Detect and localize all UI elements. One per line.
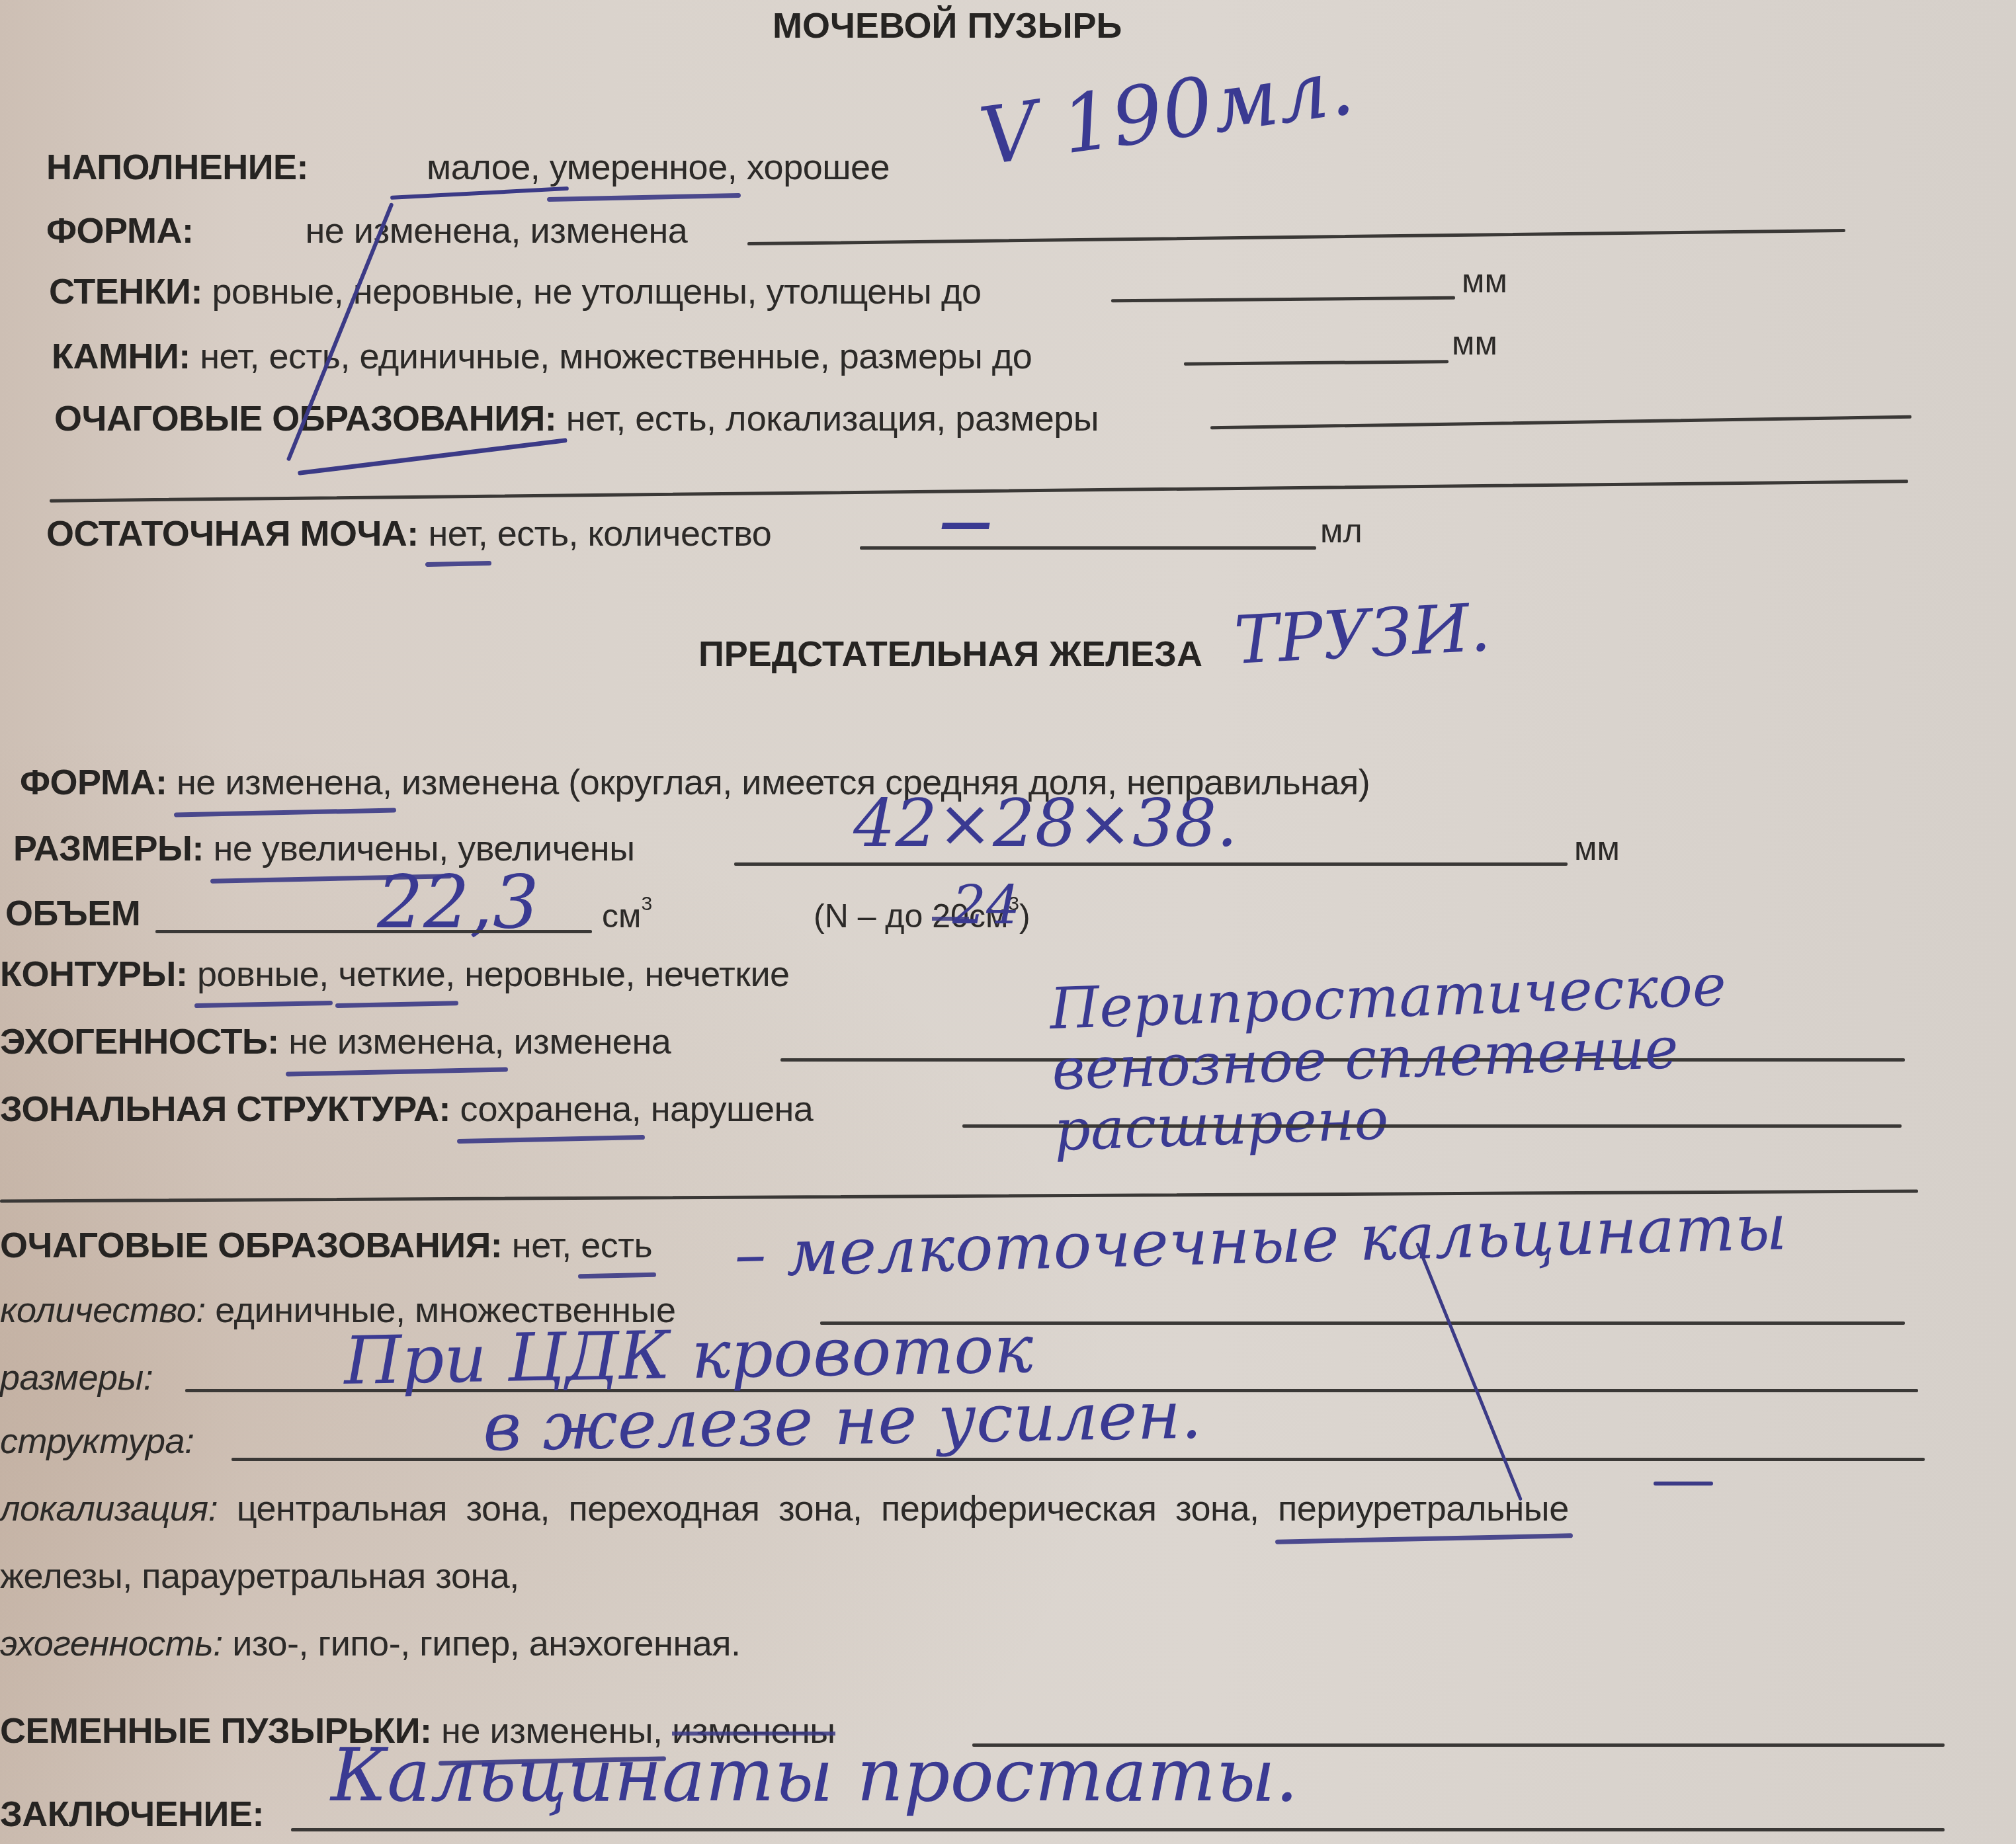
- walls-thickness-field[interactable]: [1111, 296, 1455, 303]
- norm-prefix: (N – до: [814, 898, 923, 935]
- conclusion-row: ЗАКЛЮЧЕНИЕ:: [0, 1794, 264, 1835]
- filling-option-good[interactable]: хорошее: [747, 147, 890, 187]
- residual-option-none-selected[interactable]: нет,: [428, 513, 487, 554]
- contours-option-uneven-unclear[interactable]: неровные, нечеткие: [464, 954, 789, 994]
- echogenicity-row: ЭХОГЕННОСТЬ: не изменена, изменена: [0, 1021, 671, 1062]
- echogenicity-option-changed[interactable]: изменена: [513, 1022, 671, 1062]
- localization-row-2: железы, парауретральная зона,: [0, 1556, 519, 1597]
- focal-structure-row: структура:: [0, 1421, 194, 1462]
- filling-option-low[interactable]: малое,: [427, 147, 540, 187]
- filling-option-moderate-selected[interactable]: умеренное,: [550, 147, 737, 188]
- bladder-volume-note: V 190мл.: [974, 40, 1359, 184]
- echogenicity-label: ЭХОГЕННОСТЬ:: [0, 1022, 279, 1062]
- prostate-shape-label: ФОРМА:: [20, 763, 167, 802]
- bladder-stones-row: КАМНИ: нет, есть, единичные, множественн…: [52, 336, 1032, 377]
- prostate-focal-row: ОЧАГОВЫЕ ОБРАЗОВАНИЯ: нет, есть: [0, 1225, 652, 1266]
- structure-note: в железе не усилен.: [482, 1376, 1202, 1466]
- pen-arrow-line: [1415, 1242, 1523, 1501]
- echogenicity-note: Перипростатическое венозное сплетение ра…: [1049, 946, 2001, 1161]
- bladder-shape-option-unchanged-selected[interactable]: не изменена,: [305, 211, 521, 251]
- volume-unit-text: см: [602, 898, 641, 935]
- zonal-label: ЗОНАЛЬНАЯ СТРУКТУРА:: [0, 1089, 450, 1129]
- prostate-section-title: ПРЕДСТАТЕЛЬНАЯ ЖЕЛЕЗА: [698, 634, 1202, 675]
- localization-label: локализация:: [0, 1489, 218, 1529]
- filling-label: НАПОЛНЕНИЕ:: [46, 147, 308, 187]
- contours-option-clear-selected[interactable]: четкие,: [338, 954, 454, 995]
- contours-label: КОНТУРЫ:: [0, 954, 187, 994]
- residual-label: ОСТАТОЧНАЯ МОЧА:: [46, 514, 419, 554]
- norm-handwritten-value: 24: [952, 874, 1020, 936]
- prostate-volume-row: ОБЪЕМ: [5, 893, 140, 934]
- residual-value: —: [939, 491, 992, 553]
- prostate-shape-option-unchanged-selected[interactable]: не изменена,: [177, 762, 392, 803]
- focal-echo-label: эхогенность:: [0, 1624, 223, 1663]
- bladder-shape-row: ФОРМА: не изменена, изменена: [46, 210, 687, 251]
- localization-options-2[interactable]: железы, парауретральная зона,: [0, 1556, 519, 1596]
- prostate-size-row: РАЗМЕРЫ: не увеличены, увеличены: [13, 828, 634, 869]
- bladder-shape-field[interactable]: [747, 229, 1845, 245]
- prostate-focal-note: – мелкоточечные кальцинаты: [734, 1190, 1788, 1292]
- contours-row: КОНТУРЫ: ровные, четкие, неровные, нечет…: [0, 954, 790, 995]
- contours-option-smooth-selected[interactable]: ровные,: [197, 954, 329, 995]
- bladder-focal-row: ОЧАГОВЫЕ ОБРАЗОВАНИЯ: нет, есть, локализ…: [54, 398, 1099, 439]
- bladder-focal-field[interactable]: [1210, 415, 1911, 430]
- stones-size-field[interactable]: [1184, 360, 1449, 365]
- walls-label: СТЕНКИ:: [49, 272, 202, 312]
- sizes-label: размеры:: [0, 1358, 153, 1398]
- bladder-focal-options[interactable]: нет, есть, локализация, размеры: [566, 399, 1099, 439]
- prostate-focal-label: ОЧАГОВЫЕ ОБРАЗОВАНИЯ:: [0, 1226, 502, 1265]
- structure-label: структура:: [0, 1421, 194, 1461]
- residual-unit: мл: [1320, 512, 1363, 550]
- volume-field[interactable]: [155, 930, 592, 933]
- pen-strike-top: [390, 187, 569, 200]
- localization-option-periurethral-selected[interactable]: периуретральные: [1278, 1488, 1569, 1529]
- stones-label: КАМНИ:: [52, 337, 190, 376]
- prostate-size-field[interactable]: [734, 862, 1568, 866]
- volume-label: ОБЪЕМ: [5, 894, 140, 933]
- prostate-focal-option-none[interactable]: нет,: [512, 1226, 571, 1265]
- focal-echo-options[interactable]: изо-, гипо-, гипер, анэхогенная.: [232, 1624, 740, 1663]
- walls-options[interactable]: ровные, неровные, не утолщены, утолщены …: [212, 272, 981, 312]
- residual-option-present[interactable]: есть, количество: [497, 514, 772, 554]
- bladder-section-title: МОЧЕВОЙ ПУЗЫРЬ: [773, 5, 1122, 46]
- bladder-walls-row: СТЕНКИ: ровные, неровные, не утолщены, у…: [49, 271, 981, 312]
- volume-unit: см3: [602, 893, 652, 935]
- residual-amount-field[interactable]: [860, 546, 1316, 550]
- bladder-shape-option-changed[interactable]: изменена: [530, 211, 688, 251]
- form-page: МОЧЕВОЙ ПУЗЫРЬ V 190мл. НАПОЛНЕНИЕ: мало…: [0, 0, 2016, 1844]
- echogenicity-option-unchanged-selected[interactable]: не изменена,: [288, 1021, 504, 1062]
- walls-unit: мм: [1462, 262, 1507, 300]
- focal-echo-row: эхогенность: изо-, гипо-, гипер, анэхоге…: [0, 1623, 741, 1664]
- zonal-option-preserved-selected[interactable]: сохранена,: [460, 1089, 641, 1130]
- localization-row: локализация: центральная зона, переходна…: [0, 1488, 1569, 1529]
- localization-options[interactable]: центральная зона, переходная зона, периф…: [237, 1489, 1259, 1529]
- stones-unit: мм: [1452, 324, 1497, 362]
- conclusion-field[interactable]: [291, 1828, 1945, 1831]
- focal-sizes-row: размеры:: [0, 1357, 153, 1398]
- zonal-option-disrupted[interactable]: нарушена: [651, 1089, 814, 1129]
- residual-urine-row: ОСТАТОЧНАЯ МОЧА: нет, есть, количество: [46, 513, 771, 554]
- norm-close: ): [1019, 898, 1030, 935]
- zonal-field[interactable]: [962, 1124, 1902, 1128]
- conclusion-label: ЗАКЛЮЧЕНИЕ:: [0, 1794, 264, 1834]
- conclusion-value: Кальцинаты простаты.: [331, 1733, 1298, 1818]
- volume-unit-sup: 3: [641, 893, 652, 915]
- count-label: количество:: [0, 1290, 206, 1330]
- prostate-size-label: РАЗМЕРЫ:: [13, 829, 204, 868]
- pen-arrow-head: [1654, 1482, 1713, 1486]
- bladder-shape-label: ФОРМА:: [46, 211, 193, 251]
- prostate-focal-option-present-selected[interactable]: есть: [581, 1225, 652, 1266]
- pen-strike-bottom: [298, 438, 567, 476]
- prostate-method-note: ТРУЗИ.: [1232, 589, 1492, 679]
- bladder-filling-row: НАПОЛНЕНИЕ: малое, умеренное, хорошее: [46, 147, 890, 188]
- prostate-size-unit: мм: [1574, 829, 1620, 868]
- prostate-size-value: 42×28×38.: [853, 784, 1238, 862]
- zonal-structure-row: ЗОНАЛЬНАЯ СТРУКТУРА: сохранена, нарушена: [0, 1089, 813, 1130]
